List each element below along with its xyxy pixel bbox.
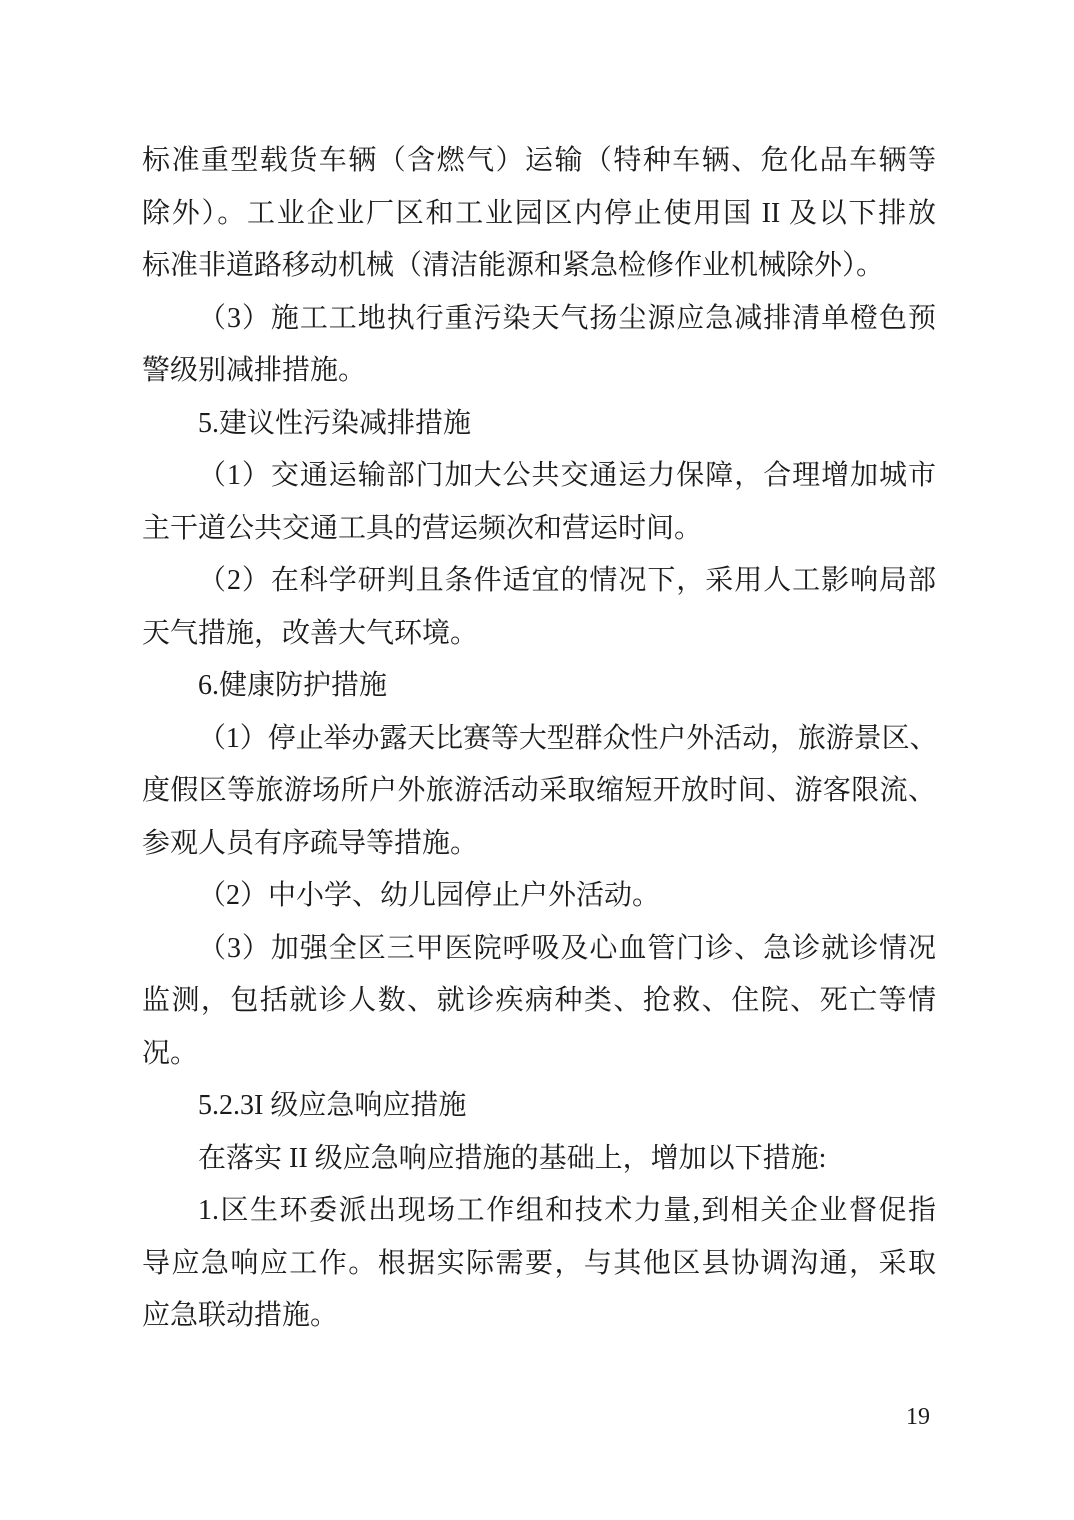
text-line: 除外）。工业企业厂区和工业园区内停止使用国 II 及以下排放 (142, 188, 936, 241)
text-line: （1）交通运输部门加大公共交通运力保障，合理增加城市 (142, 450, 936, 503)
text-line: （1）停止举办露天比赛等大型群众性户外活动，旅游景区、 (142, 713, 936, 766)
text-line: （3）施工工地执行重污染天气扬尘源应急减排清单橙色预 (142, 293, 936, 346)
document-page: 标准重型载货车辆（含燃气）运输（特种车辆、危化品车辆等 除外）。工业企业厂区和工… (0, 0, 1074, 1520)
text-line: 度假区等旅游场所户外旅游活动采取缩短开放时间、游客限流、 (142, 765, 936, 818)
section-heading-5: 5.建议性污染减排措施 (142, 398, 936, 451)
section-heading-5-2-3: 5.2.3I 级应急响应措施 (142, 1080, 936, 1133)
text-line: 警级别减排措施。 (142, 345, 936, 398)
text-line: 在落实 II 级应急响应措施的基础上，增加以下措施: (142, 1133, 936, 1186)
text-line: 天气措施，改善大气环境。 (142, 608, 936, 661)
text-line: 参观人员有序疏导等措施。 (142, 818, 936, 871)
text-line: 监测，包括就诊人数、就诊疾病种类、抢救、住院、死亡等情 (142, 975, 936, 1028)
text-line: 标准非道路移动机械（清洁能源和紧急检修作业机械除外）。 (142, 240, 936, 293)
text-line: 况。 (142, 1028, 936, 1081)
text-line: 导应急响应工作。根据实际需要，与其他区县协调沟通，采取 (142, 1238, 936, 1291)
text-line: （3）加强全区三甲医院呼吸及心血管门诊、急诊就诊情况 (142, 923, 936, 976)
text-line: （2）中小学、幼儿园停止户外活动。 (142, 870, 936, 923)
text-line: （2）在科学研判且条件适宜的情况下，采用人工影响局部 (142, 555, 936, 608)
text-line: 1.区生环委派出现场工作组和技术力量,到相关企业督促指 (142, 1185, 936, 1238)
body-text: 标准重型载货车辆（含燃气）运输（特种车辆、危化品车辆等 除外）。工业企业厂区和工… (142, 135, 936, 1343)
section-heading-6: 6.健康防护措施 (142, 660, 936, 713)
text-line: 应急联动措施。 (142, 1290, 936, 1343)
text-line: 主干道公共交通工具的营运频次和营运时间。 (142, 503, 936, 556)
text-line: 标准重型载货车辆（含燃气）运输（特种车辆、危化品车辆等 (142, 135, 936, 188)
page-number: 19 (906, 1402, 930, 1432)
